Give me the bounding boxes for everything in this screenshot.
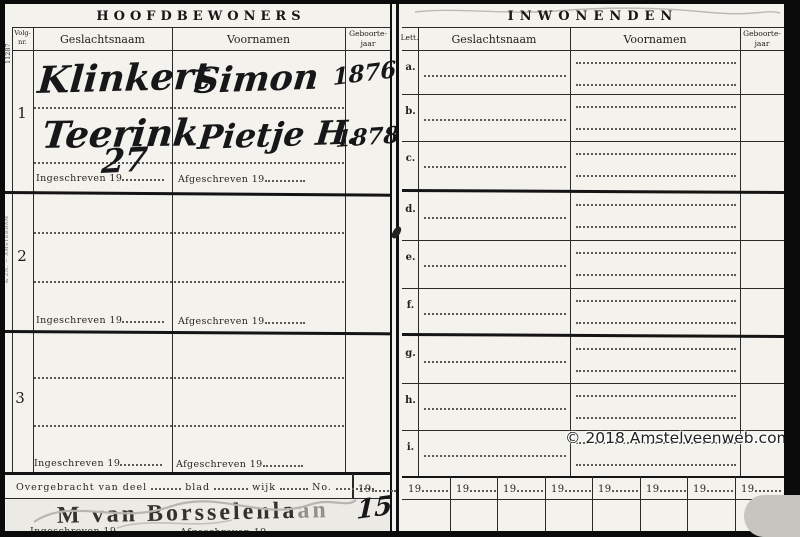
letter-label-g: g.	[403, 348, 418, 359]
divider	[402, 240, 784, 241]
write-line	[424, 361, 566, 363]
handwritten-surname-1: Klinkert	[36, 53, 212, 102]
afgeschreven-row-3: Afgeschreven 19	[176, 456, 303, 470]
year-cell-3: 19	[503, 481, 543, 495]
divider	[450, 476, 451, 531]
column-header-voornamen: Voornamen	[172, 33, 345, 46]
divider	[592, 476, 593, 531]
divider	[402, 288, 784, 289]
year-cell-8: 19	[741, 481, 781, 495]
write-line	[34, 377, 344, 379]
page-divider	[390, 4, 392, 531]
column-header-geboortejaar: Geboorte- jaar	[345, 29, 391, 49]
write-line	[34, 107, 344, 109]
dotted-blank	[612, 481, 638, 492]
write-line	[424, 166, 566, 168]
write-line	[576, 226, 736, 228]
form-serial-number: 11287	[4, 14, 12, 64]
divider	[402, 27, 784, 28]
write-line	[576, 370, 736, 372]
handwritten-ingeschreven-year: 27	[100, 139, 149, 181]
volgnr-3: 3	[12, 389, 28, 407]
write-line	[576, 322, 736, 324]
scan-edge-bottom	[0, 531, 800, 537]
divider	[402, 499, 784, 500]
write-line	[34, 281, 344, 283]
write-line	[424, 265, 566, 267]
write-line	[34, 425, 344, 427]
write-line	[424, 408, 566, 410]
write-line	[576, 84, 736, 86]
write-line	[576, 62, 736, 64]
divider	[33, 27, 34, 473]
column-header-geboortejaar-right: Geboorte- jaar	[740, 29, 784, 49]
dotted-blank	[280, 479, 308, 490]
hoofdbewoners-title: HOOFDBEWONERS	[12, 9, 390, 24]
write-line	[424, 313, 566, 315]
column-header-geboortejaar-line2: jaar	[361, 39, 376, 48]
year-cell-6: 19	[646, 481, 686, 495]
divider	[640, 476, 641, 531]
dotted-blank	[755, 481, 781, 492]
register-card-scan: 11287 & ZN. — AMSTERDAM HOOFDBEWONERS Vo…	[0, 0, 800, 537]
write-line	[576, 464, 736, 466]
volgnr-1: 1	[14, 104, 30, 122]
letter-label-b: b.	[403, 106, 418, 117]
write-line	[34, 232, 344, 234]
handwritten-house-number: 15	[356, 491, 393, 526]
divider	[402, 141, 784, 142]
overgebracht-row: Overgebracht van deel blad wijk No.	[16, 479, 374, 493]
copyright-watermark: © 2018 Amstelveenweb.com	[565, 429, 792, 447]
year-label: 19	[646, 484, 660, 495]
dotted-blank	[422, 481, 448, 492]
page-divider	[396, 4, 399, 531]
year-label: 19	[551, 484, 565, 495]
column-header-volgnr-line2: nr.	[18, 38, 27, 46]
divider	[402, 94, 784, 95]
dotted-blank	[122, 312, 164, 323]
year-label: 19	[598, 484, 612, 495]
write-line	[576, 300, 736, 302]
write-line	[576, 106, 736, 108]
dotted-blank	[470, 481, 496, 492]
write-line	[576, 252, 736, 254]
letter-label-e: e.	[403, 252, 418, 263]
year-cell-7: 19	[693, 481, 733, 495]
letter-label-i: i.	[403, 442, 418, 453]
column-header-geslachtsnaam: Geslachtsnaam	[33, 33, 172, 46]
divider	[402, 50, 784, 51]
column-header-volgnr-line1: Volg-	[14, 29, 30, 37]
afgeschreven-label: Afgeschreven 19	[176, 459, 263, 470]
divider	[402, 383, 784, 384]
inwonenden-title: INWONENDEN	[402, 9, 784, 24]
year-label: 19	[408, 484, 422, 495]
year-cell-1: 19	[408, 481, 448, 495]
column-header-lett: Lett.	[400, 33, 419, 43]
letter-label-h: h.	[403, 395, 418, 406]
write-line	[576, 204, 736, 206]
dotted-blank	[214, 479, 248, 490]
scan-edge-top	[0, 0, 800, 4]
write-line	[424, 455, 566, 457]
divider	[12, 50, 391, 51]
row-separator	[5, 472, 391, 475]
page-corner-artifact	[744, 495, 800, 537]
year-label: 19	[456, 484, 470, 495]
dotted-blank	[151, 479, 181, 490]
column-header-geboortejaar-line1: Geboorte-	[349, 29, 387, 38]
dotted-blank	[265, 313, 305, 324]
year-label: 19	[741, 484, 755, 495]
row-separator	[402, 476, 784, 478]
afgeschreven-row-1: Afgeschreven 19	[178, 171, 305, 185]
write-line	[576, 128, 736, 130]
year-cell-5: 19	[598, 481, 638, 495]
dotted-blank	[265, 171, 305, 182]
divider	[687, 476, 688, 531]
dotted-blank	[707, 481, 733, 492]
letter-label-a: a.	[403, 62, 418, 73]
letter-label-c: c.	[403, 153, 418, 164]
write-line	[424, 75, 566, 77]
column-header-volgnr: Volg- nr.	[12, 29, 33, 47]
handwritten-firstname-1: Simon	[192, 56, 321, 102]
write-line	[576, 153, 736, 155]
divider	[12, 27, 391, 28]
write-line	[576, 175, 736, 177]
divider	[497, 476, 498, 531]
dotted-blank	[263, 456, 303, 467]
column-header-geboortejaar-line2: jaar	[755, 39, 770, 48]
write-line	[34, 162, 344, 164]
divider	[345, 27, 346, 473]
column-header-geslachtsnaam-right: Geslachtsnaam	[418, 33, 570, 46]
dotted-blank	[120, 455, 162, 466]
write-line	[576, 417, 736, 419]
write-line	[576, 348, 736, 350]
ingeschreven-row-2: Ingeschreven 19	[36, 312, 164, 326]
dotted-blank	[660, 481, 686, 492]
year-label: 19	[503, 484, 517, 495]
dotted-blank	[565, 481, 591, 492]
write-line	[424, 119, 566, 121]
afgeschreven-row-2: Afgeschreven 19	[178, 313, 305, 327]
ingeschreven-label: Ingeschreven 19	[36, 315, 122, 326]
letter-label-f: f.	[403, 300, 418, 311]
year-cell-2: 19	[456, 481, 496, 495]
afgeschreven-label: Afgeschreven 19	[178, 174, 265, 185]
write-line	[576, 395, 736, 397]
write-line	[424, 217, 566, 219]
divider	[735, 476, 736, 531]
letter-label-d: d.	[403, 204, 418, 215]
dotted-blank	[517, 481, 543, 492]
column-header-geboortejaar-line1: Geboorte-	[743, 29, 781, 38]
ingeschreven-label: Ingeschreven 19	[34, 458, 120, 469]
year-cell-4: 19	[551, 481, 591, 495]
scan-edge-left	[0, 0, 5, 537]
write-line	[576, 274, 736, 276]
afgeschreven-label: Afgeschreven 19	[178, 316, 265, 327]
column-header-voornamen-right: Voornamen	[570, 33, 740, 46]
divider	[545, 476, 546, 531]
ingeschreven-row-3: Ingeschreven 19	[34, 455, 162, 469]
scan-edge-right	[784, 0, 800, 537]
volgnr-2: 2	[14, 247, 30, 265]
faint-handwriting-artifact	[22, 492, 362, 532]
year-label: 19	[693, 484, 707, 495]
